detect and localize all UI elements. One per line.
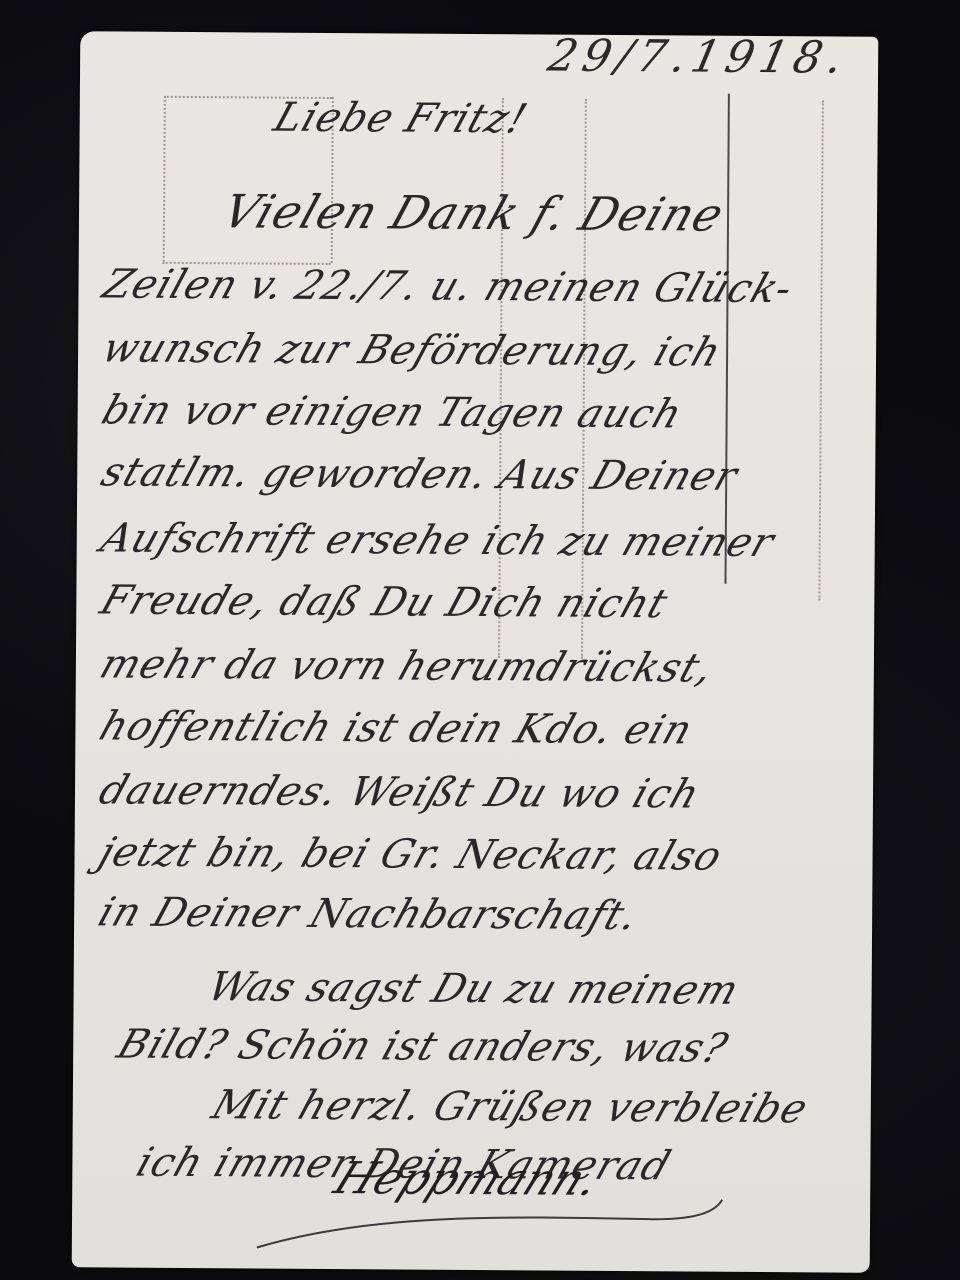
letter-line: jetzt bin, bei Gr. Neckar, also bbox=[93, 829, 728, 879]
letter-line: bin vor einigen Tagen auch bbox=[96, 387, 688, 437]
letter-line: Mit herzl. Grüßen verbleibe bbox=[206, 1082, 814, 1132]
stamp-box-left-guide bbox=[163, 96, 166, 262]
letter-date: 29/7.1918. bbox=[544, 31, 854, 83]
address-divider-line bbox=[724, 94, 729, 584]
letter-line: mehr da vorn herumdrückst, bbox=[94, 641, 720, 691]
letter-line: wunsch zur Beförderung, ich bbox=[96, 325, 727, 375]
column-guide-1 bbox=[498, 98, 504, 658]
letter-line: Bild? Schön ist anders, was? bbox=[112, 1022, 734, 1072]
letter-line: in Deiner Nachbarschaft. bbox=[93, 889, 645, 939]
letter-line: Aufschrift ersehe ich zu meiner bbox=[95, 515, 780, 566]
column-guide-3 bbox=[818, 100, 823, 600]
letter-line: dauerndes. Weißt Du wo ich bbox=[93, 767, 706, 817]
signature-flourish bbox=[252, 1192, 732, 1255]
letter-line: statlm. geworden. Aus Deiner bbox=[96, 449, 744, 499]
letter-line: Freude, daß Du Dich nicht bbox=[95, 577, 674, 627]
letter-body: Liebe Fritz! Vielen Dank f. Deine Zeilen… bbox=[96, 83, 866, 88]
letter-line: Zeilen v. 22./7. u. meinen Glück- bbox=[97, 261, 799, 312]
postcard: 29/7.1918. Liebe Fritz! Vielen Dank f. D… bbox=[72, 31, 879, 1273]
letter-line: Was sagst Du zu meinem bbox=[202, 964, 745, 1014]
letter-line: Vielen Dank f. Deine bbox=[216, 184, 731, 241]
salutation: Liebe Fritz! bbox=[268, 95, 533, 143]
letter-line: hoffentlich ist dein Kdo. ein bbox=[94, 703, 699, 753]
column-guide-2 bbox=[581, 99, 587, 659]
